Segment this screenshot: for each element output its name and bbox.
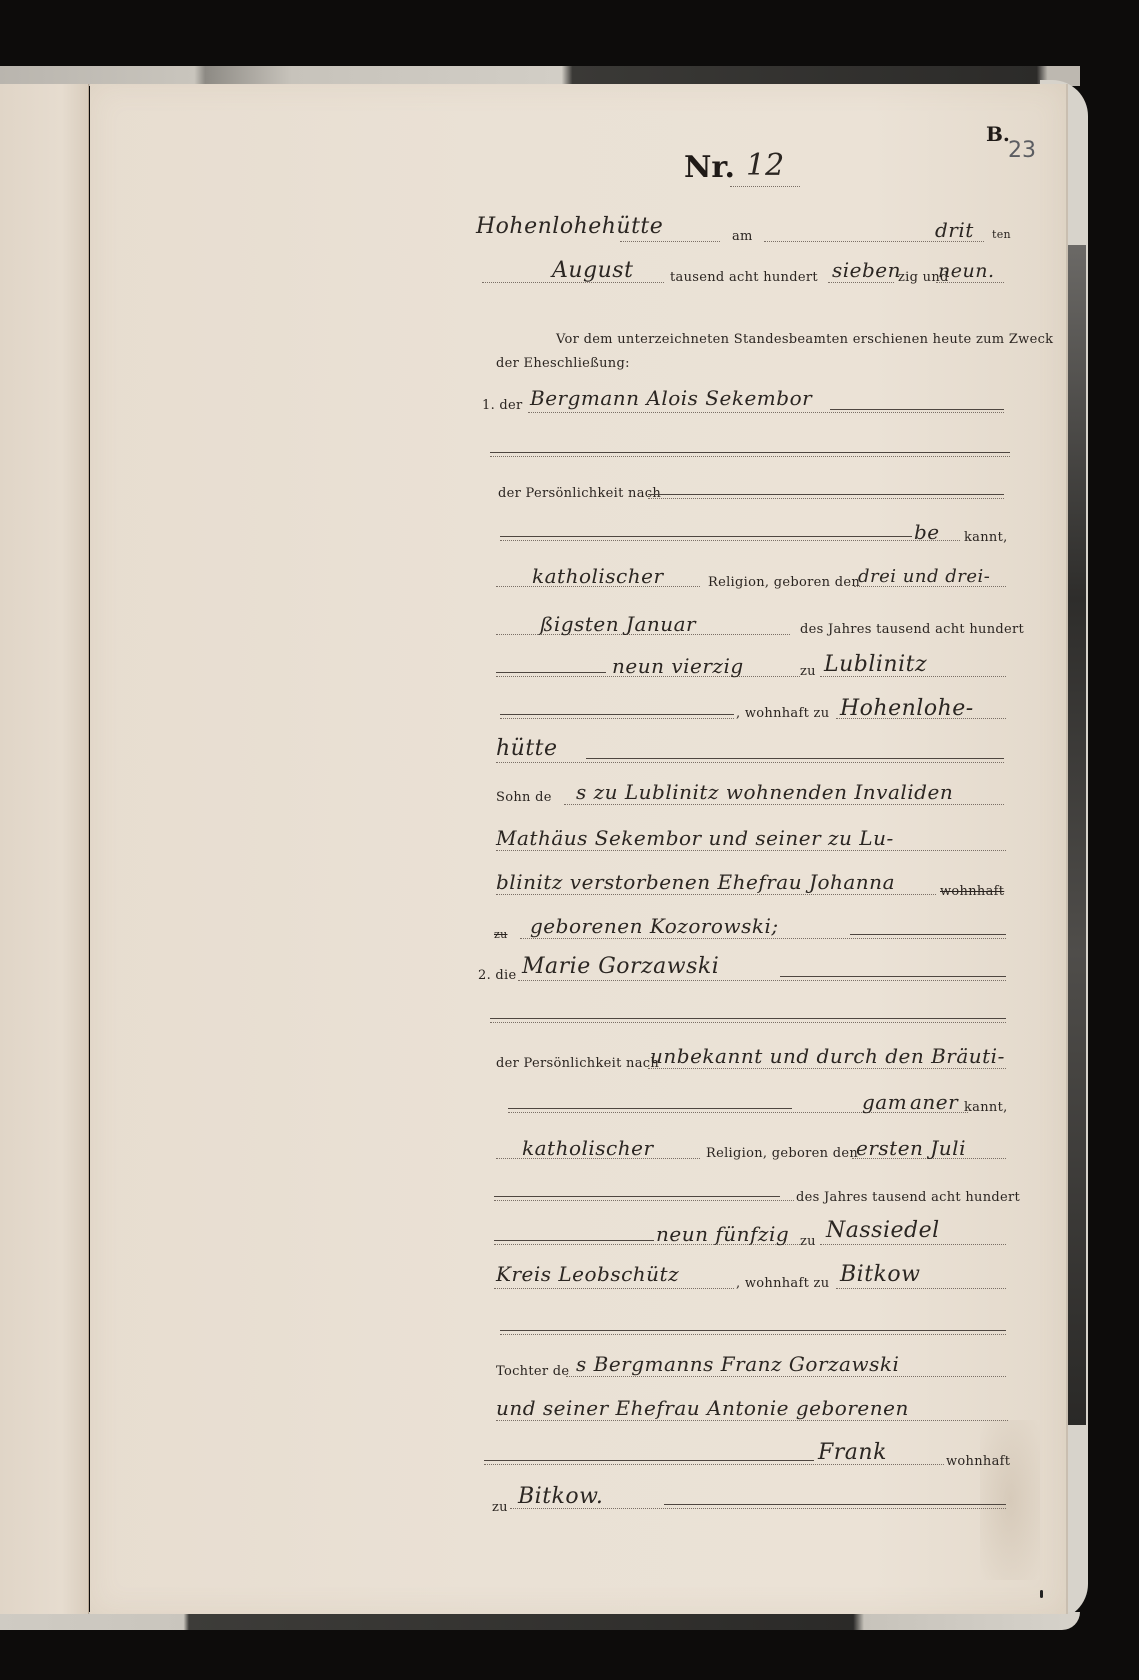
dotted-line bbox=[510, 1508, 1006, 1509]
groom-birthyear-hand: neun vierzig bbox=[612, 654, 744, 678]
dotted-line bbox=[564, 804, 1004, 805]
dotted-line bbox=[520, 938, 1006, 939]
bride-anerkannt-hand-1: gam bbox=[862, 1090, 907, 1114]
bride-wohnhaft-label-2: wohnhaft bbox=[946, 1454, 1010, 1469]
bride-persoenlichkeit-label: der Persönlichkeit nach bbox=[496, 1056, 659, 1071]
bride-zu-label: zu bbox=[800, 1234, 816, 1249]
entry-number-line bbox=[730, 186, 800, 187]
entry-number: 12 bbox=[746, 148, 784, 183]
left-page-edge bbox=[0, 84, 89, 1614]
am-label: am bbox=[732, 229, 753, 244]
year-unit-hand: neun. bbox=[938, 260, 995, 282]
groom-birthplace-hand: Lublinitz bbox=[824, 652, 927, 677]
bride-religion-hand: katholischer bbox=[522, 1136, 654, 1160]
groom-religion-hand: katholischer bbox=[532, 564, 664, 588]
bride-zu-label-2: zu bbox=[492, 1500, 508, 1515]
dotted-line bbox=[494, 1200, 794, 1201]
tochter-label: Tochter de bbox=[496, 1364, 569, 1379]
fill-rule bbox=[830, 409, 1004, 410]
dotted-line bbox=[828, 282, 894, 283]
dotted-line bbox=[820, 1244, 1006, 1245]
year-printed: tausend acht hundert bbox=[670, 270, 818, 285]
fill-rule bbox=[494, 1240, 654, 1241]
fill-rule bbox=[494, 1196, 780, 1197]
groom-parents-2: Mathäus Sekembor und seiner zu Lu- bbox=[496, 826, 894, 850]
bride-jahres-label: des Jahres tausend acht hundert bbox=[796, 1190, 1020, 1205]
dotted-line bbox=[518, 980, 1006, 981]
fill-rule bbox=[648, 494, 1004, 495]
dotted-line bbox=[490, 1022, 1006, 1023]
groom-parents-4: geborenen Kozorowski; bbox=[530, 914, 779, 938]
groom-religion-label: Religion, geboren den bbox=[708, 575, 860, 590]
dotted-line bbox=[936, 282, 1004, 283]
entry-label: Nr. bbox=[684, 150, 735, 185]
intro-line-1: Vor dem unterzeichneten Standesbeamten e… bbox=[556, 332, 1053, 347]
fill-rule bbox=[500, 714, 734, 715]
fill-rule bbox=[508, 1108, 792, 1109]
register-mark: B. bbox=[986, 122, 1010, 146]
groom-residence-hand-1: Hohenlohe- bbox=[840, 696, 974, 721]
dotted-line bbox=[836, 1288, 1006, 1289]
month-hand: August bbox=[552, 258, 633, 283]
bride-parents-2: und seiner Ehefrau Antonie geborenen bbox=[496, 1396, 909, 1420]
groom-parents-1: s zu Lublinitz wohnenden Invaliden bbox=[576, 780, 953, 804]
groom-zu-label: zu bbox=[800, 664, 816, 679]
fill-rule bbox=[490, 452, 1010, 453]
dotted-line bbox=[620, 241, 720, 242]
dotted-line bbox=[500, 718, 734, 719]
bride-wohnhaft-label: , wohnhaft zu bbox=[736, 1276, 829, 1291]
bride-birthplace-hand-1: Nassiedel bbox=[826, 1218, 940, 1243]
dotted-line bbox=[496, 850, 1006, 851]
page-hole bbox=[1040, 1590, 1043, 1598]
fill-rule bbox=[664, 1504, 1006, 1505]
groom-name-hand: Bergmann Alois Sekembor bbox=[530, 386, 812, 410]
dotted-line bbox=[496, 1420, 1008, 1421]
fill-rule bbox=[500, 1330, 1006, 1331]
dotted-line bbox=[490, 456, 1010, 457]
place-hand: Hohenlohehütte bbox=[476, 214, 663, 239]
book-binding-top bbox=[0, 66, 1080, 86]
groom-birthday-hand: drei und drei- bbox=[858, 566, 990, 587]
dotted-line bbox=[648, 1068, 1006, 1069]
dotted-line bbox=[496, 894, 936, 895]
bride-prefix: 2. die bbox=[478, 968, 517, 983]
bride-parents-residence: Bitkow. bbox=[518, 1484, 603, 1509]
groom-jahres-label: des Jahres tausend acht hundert bbox=[800, 622, 1024, 637]
dotted-line bbox=[566, 1376, 1006, 1377]
bride-anerkannt-hand-2: aner bbox=[910, 1090, 958, 1114]
sohn-label: Sohn de bbox=[496, 790, 552, 805]
bride-anerkannt-printed: kannt, bbox=[964, 1100, 1008, 1115]
groom-bekannt-printed: kannt, bbox=[964, 530, 1008, 545]
fill-rule bbox=[484, 1460, 814, 1461]
fill-rule bbox=[496, 672, 606, 673]
book-binding-bottom bbox=[0, 1612, 1080, 1630]
groom-bekannt-hand: be bbox=[914, 520, 940, 544]
groom-persoenlichkeit-label: der Persönlichkeit nach bbox=[498, 486, 661, 501]
fill-rule bbox=[780, 976, 1006, 977]
wohnhaft-struck: wohnhaft bbox=[940, 884, 1004, 899]
bride-persoenlichkeit-hand: unbekannt und durch den Bräuti- bbox=[650, 1044, 1005, 1068]
fill-rule bbox=[586, 758, 1004, 759]
pencil-page-number: 23 bbox=[1008, 138, 1036, 163]
day-hand: drit bbox=[935, 218, 974, 242]
bride-birthyear-hand: neun fünfzig bbox=[656, 1222, 789, 1246]
fill-rule bbox=[850, 934, 1006, 935]
year-decade-hand: sieben bbox=[832, 258, 901, 282]
bride-religion-label: Religion, geboren den bbox=[706, 1146, 858, 1161]
groom-prefix: 1. der bbox=[482, 398, 523, 413]
day-suffix: ten bbox=[992, 228, 1011, 241]
dotted-line bbox=[528, 412, 1004, 413]
fill-rule bbox=[500, 536, 912, 537]
bride-birthplace-hand-2: Kreis Leobschütz bbox=[496, 1262, 679, 1286]
dotted-line bbox=[494, 1288, 734, 1289]
dotted-line bbox=[500, 1334, 1006, 1335]
dotted-line bbox=[496, 762, 1004, 763]
bride-parents-3: Frank bbox=[818, 1440, 887, 1465]
groom-wohnhaft-label: , wohnhaft zu bbox=[736, 706, 829, 721]
dotted-line bbox=[500, 540, 960, 541]
bride-parents-1: s Bergmanns Franz Gorzawski bbox=[576, 1352, 899, 1376]
dotted-line bbox=[648, 498, 1004, 499]
bride-name-hand: Marie Gorzawski bbox=[522, 954, 719, 979]
fill-rule bbox=[490, 1018, 1006, 1019]
paper-stain bbox=[980, 1420, 1040, 1580]
bride-birthday-hand: ersten Juli bbox=[856, 1136, 966, 1160]
groom-birthday-hand-2: ßigsten Januar bbox=[540, 612, 696, 636]
groom-parents-3: blinitz verstorbenen Ehefrau Johanna bbox=[496, 870, 895, 894]
intro-line-2: der Eheschließung: bbox=[496, 356, 630, 371]
bride-residence-hand: Bitkow bbox=[840, 1262, 920, 1287]
zu-struck: zu bbox=[494, 928, 507, 941]
groom-residence-hand-2: hütte bbox=[496, 736, 558, 761]
